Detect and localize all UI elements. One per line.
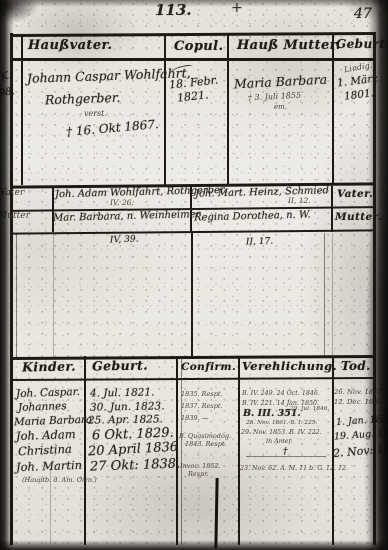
header-geburt-lower: Geburt. — [92, 360, 148, 373]
continuation-rule — [324, 233, 325, 357]
folio-number-right: 47 — [354, 7, 372, 21]
parents-ref-right: II, 17. — [246, 238, 273, 248]
child-name: Maria Barbara — [14, 415, 93, 428]
child-confirmation: 1843. Respt. — [185, 441, 227, 448]
child-name-note: (Hauptb. d. Am. Oien.) — [22, 477, 97, 484]
hausvater-note: verst. — [84, 110, 107, 118]
child-confirmation: 1839. — — [181, 415, 208, 422]
child-confirmation: Invoc. 1852. — [180, 463, 221, 470]
upper-table-top-border — [10, 32, 376, 37]
upper-header-bottom-border — [10, 58, 376, 61]
continuation-rule — [191, 233, 193, 357]
child-marriage-cross: † — [283, 448, 288, 457]
child-death: 2. Nov: 1836 — [333, 442, 388, 459]
vater-entry-right-ref: II, 12. — [288, 197, 311, 205]
child-death: 12. Dec. 1890. — [334, 399, 384, 406]
margin-note-1: K. — [0, 71, 12, 83]
geburt-place: Lindig. — [344, 62, 373, 75]
header-verehlichung: Verehlichung. — [242, 361, 337, 373]
folio-number-center: 113. — [155, 3, 192, 18]
copul-left-divider — [164, 35, 166, 185]
upper-margin-column-divider — [21, 35, 23, 185]
parents-ref-left: IV, 39. — [110, 236, 139, 246]
child-marriage-note: 28. Nov. 1861. B. I. 225. — [246, 421, 317, 427]
child-birth: 30. Jun. 1823. — [90, 401, 165, 413]
header-kinder: Kinder. — [22, 361, 76, 374]
geburt-left-divider — [332, 35, 334, 185]
child-confirmation: 1837. Respt. — [181, 403, 223, 410]
child-birth: 25. Apr. 1825. — [88, 414, 163, 426]
header-geburt: Geburt — [336, 38, 385, 50]
scanned-register-page: 113. + 47 Haußvater. Copul. Hauß Mutter.… — [0, 0, 388, 550]
hausmutter-note: em. — [274, 104, 287, 111]
parents-right-label-mutter: Mutter. — [335, 212, 382, 223]
margin-note-2: 98. — [0, 87, 16, 99]
child-name: Joh. Caspar. — [16, 387, 80, 400]
child-name: Christina — [18, 444, 72, 458]
geburt-right-divider-double — [181, 356, 182, 545]
child-confirmation: 1835. Respt. — [181, 391, 223, 398]
hausvater-occupation: Rothgerber. — [45, 92, 121, 107]
child-marriage: 29. Nov. 1853. B. IV. 222. — [241, 430, 322, 436]
child-name: Joh. Martin — [16, 460, 82, 474]
copul-date-line2: 1821. — [177, 89, 209, 103]
child-marriage: 23. Nov. 62. A. M. 11 b. G. 12. 12. — [240, 466, 348, 472]
child-birth: 27 Okt: 1838. — [90, 457, 181, 473]
parents-label-divider — [52, 186, 54, 232]
child-birth: 4. Jul. 1821. — [90, 387, 155, 399]
parents-left-label-mutter: Mutter — [0, 212, 30, 221]
child-marriage-note: 29. Jul. 1846. — [290, 407, 329, 413]
header-tod: Tod. — [341, 360, 371, 372]
mutter-entry-left: Mar. Barbara, n. Weinheimer — [53, 210, 201, 224]
ink-streak-artifact — [214, 478, 218, 548]
geburt-date-line2: 1801. — [343, 88, 374, 102]
confirm-right-divider — [238, 356, 240, 545]
child-name: Johannes — [18, 401, 67, 413]
hausvater-death-date: † 16. Okt 1867. — [66, 118, 160, 138]
mutter-entry-right: Regina Dorothea, n. W. — [194, 210, 311, 223]
header-hausvater: Haußvater. — [28, 39, 112, 52]
child-birth: 20 April 1836 — [88, 441, 179, 459]
page-left-border — [10, 33, 13, 545]
hausvater-name: Johann Caspar Wohlfahrt, — [27, 67, 191, 85]
child-confirmation: Respr. — [188, 471, 209, 478]
parents-left-label-vater: Vater — [0, 189, 24, 198]
child-marriage: B. IV. 249. 24 Oct. 1846. — [242, 391, 320, 397]
vater-entry-left-ref: IV, 26. — [110, 199, 134, 207]
page-right-border — [373, 33, 376, 545]
child-marriage-note: in Amer. — [266, 439, 293, 445]
copul-date-line1: 18. Febr. — [169, 74, 219, 90]
copul-right-divider — [227, 35, 229, 185]
child-name: Joh. Adam — [16, 429, 76, 443]
cross-mark: + — [231, 1, 243, 15]
child-death: 1. Jan. 1880. — [336, 414, 388, 428]
continuation-rule — [16, 233, 17, 357]
header-hausmutter: Hauß Mutter. — [237, 39, 341, 52]
child-confirmation: B. Quasimodog. — [179, 433, 231, 440]
kinder-right-divider — [84, 356, 86, 545]
continuation-rule — [53, 233, 54, 357]
header-confirm: Confirm. — [181, 362, 236, 373]
child-death: 26. Nov. 1847. — [334, 389, 384, 396]
hausmutter-death-date: † 3. Juli 1855 — [248, 92, 301, 103]
parents-rightbox-divider — [331, 186, 333, 232]
lower-header-bottom-border — [10, 377, 376, 381]
parents-right-label-vater: Vater. — [337, 189, 373, 200]
parents-bottom-border — [10, 229, 376, 234]
child-death: 19. Aug. 1862. — [334, 428, 388, 442]
header-copul: Copul. — [174, 40, 223, 53]
continuation-rule — [332, 233, 333, 357]
hausmutter-name: Maria Barbara — [234, 74, 328, 91]
